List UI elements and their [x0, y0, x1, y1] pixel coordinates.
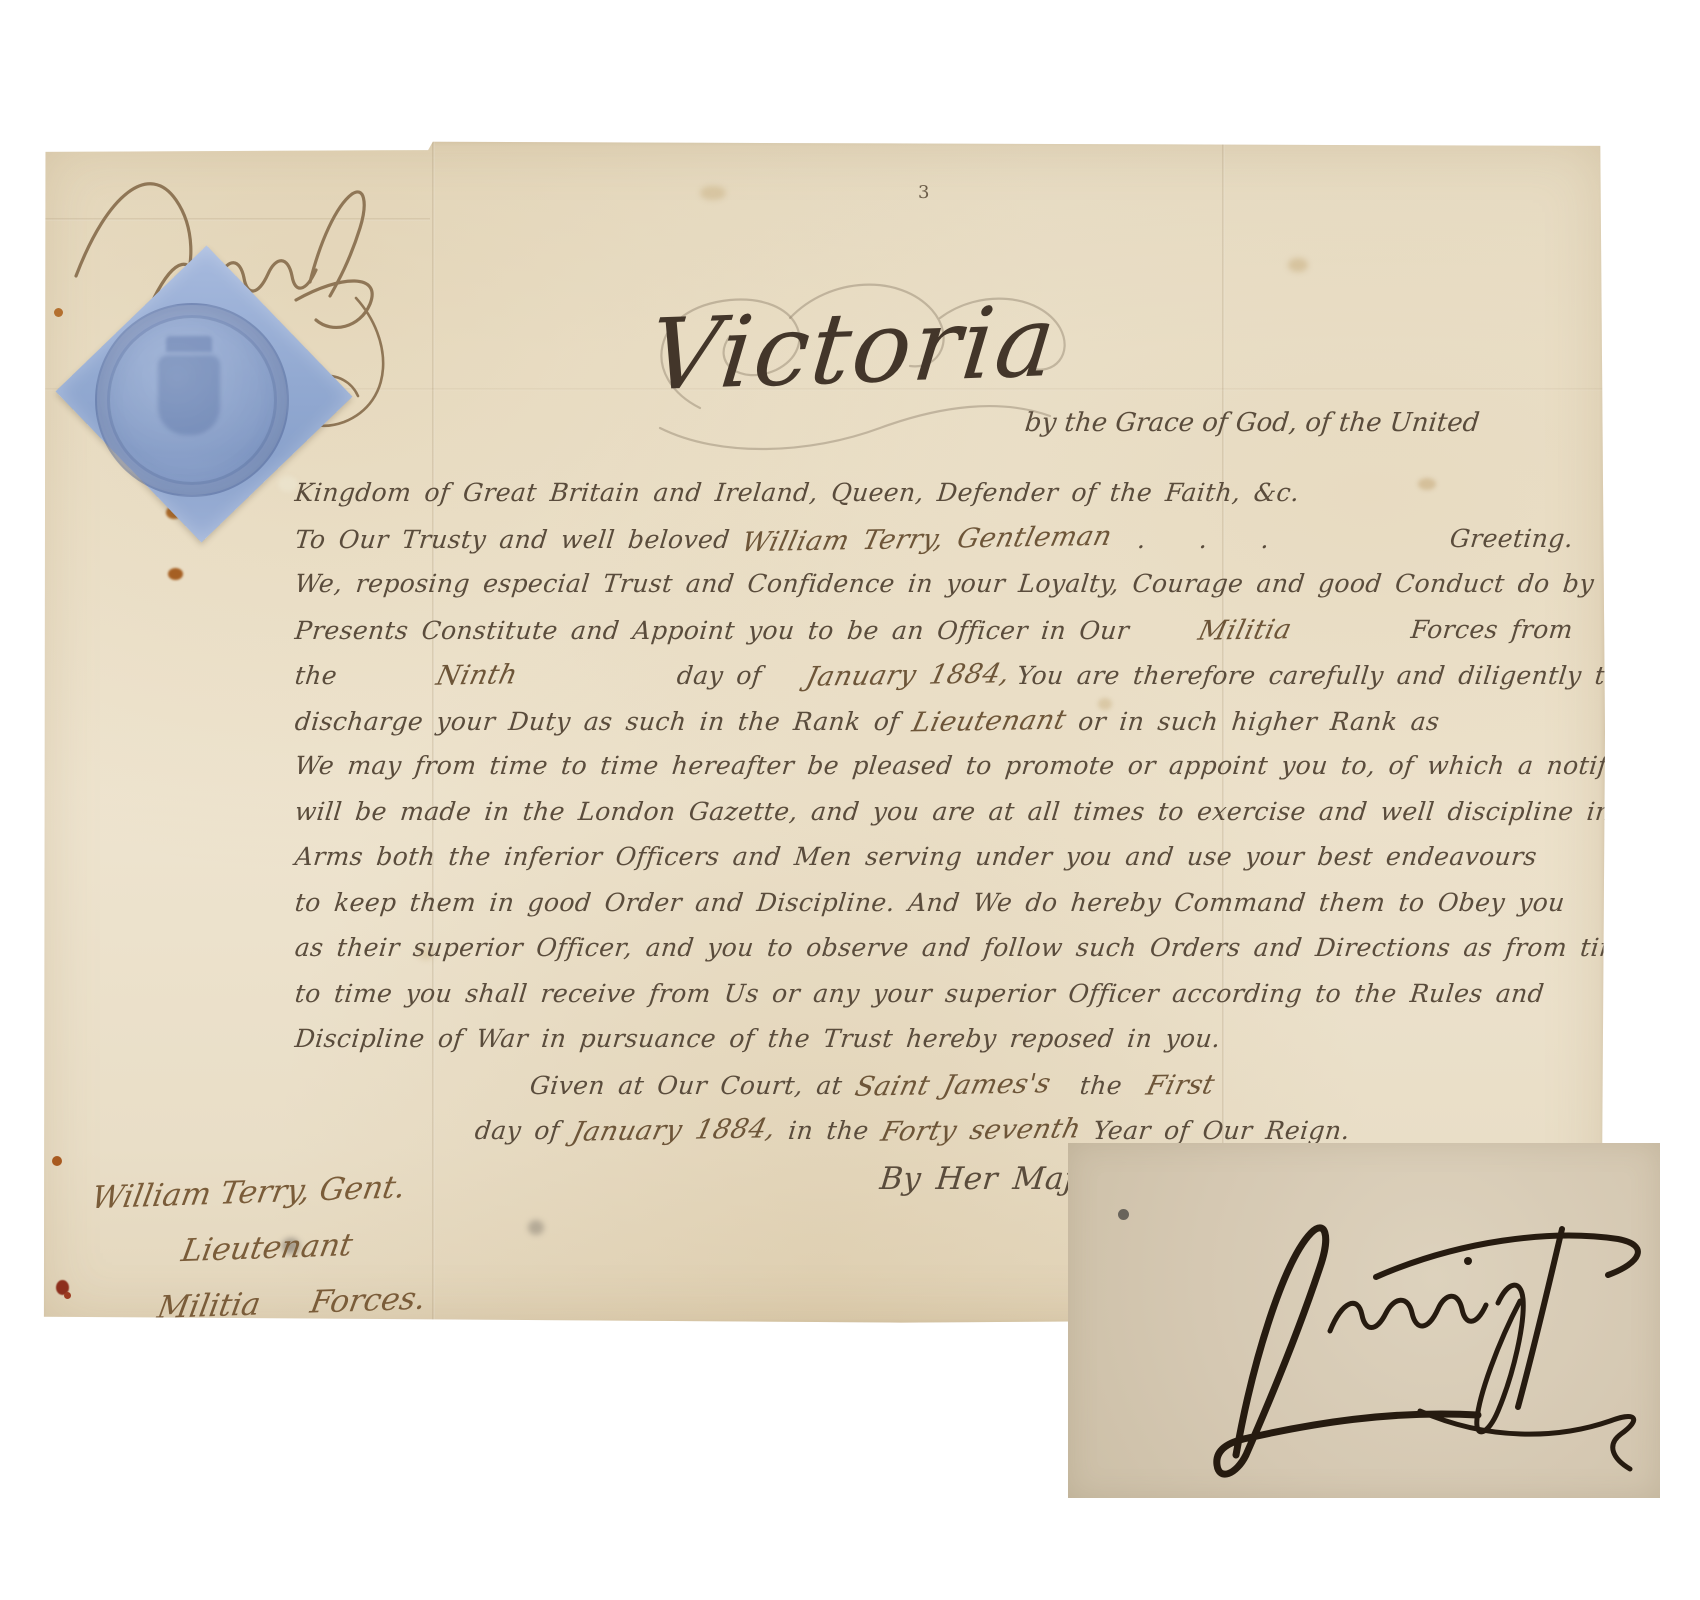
hartington-signature-strokes	[1068, 1143, 1660, 1498]
embossed-seal-crown	[166, 336, 212, 352]
docket: William Terry, Gent. Lieutenant Militia …	[89, 1164, 565, 1348]
signature-inset: Hartington	[1068, 1143, 1660, 1498]
seal-stain	[168, 568, 183, 580]
heading-suffix: by the Grace of God, of the United	[1023, 408, 1480, 438]
body-lines: Kingdom of Great Britain and Ireland, Qu…	[295, 478, 1573, 1213]
stain-spot	[52, 1156, 62, 1166]
embossed-seal-shield	[158, 355, 220, 435]
heading-victoria: Victoria	[644, 285, 1062, 414]
stain-spot	[1288, 258, 1308, 272]
inset-ink-speck	[1118, 1209, 1129, 1220]
stain-spot	[64, 1292, 71, 1299]
scanned-commission-photo: 3 Victoria R	[0, 0, 1700, 1600]
stain-spot	[700, 186, 726, 200]
page-number: 3	[918, 182, 929, 203]
victoria-signature-transcription: Victoria R	[58, 148, 59, 149]
